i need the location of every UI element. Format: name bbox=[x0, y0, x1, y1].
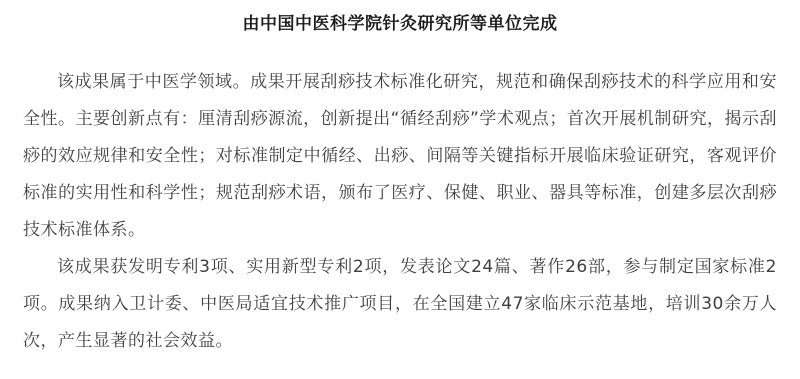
paragraph-achievement-results: 该成果获发明专利3项、实用新型专利2项，发表论文24篇、著作26部，参与制定国家… bbox=[23, 249, 777, 360]
document-page: 由中国中医科学院针灸研究所等单位完成 该成果属于中医学领域。成果开展刮痧技术标准… bbox=[0, 14, 800, 360]
page-title: 由中国中医科学院针灸研究所等单位完成 bbox=[23, 14, 777, 34]
paragraph-achievement-overview: 该成果属于中医学领域。成果开展刮痧技术标准化研究，规范和确保刮痧技术的科学应用和… bbox=[23, 64, 777, 249]
